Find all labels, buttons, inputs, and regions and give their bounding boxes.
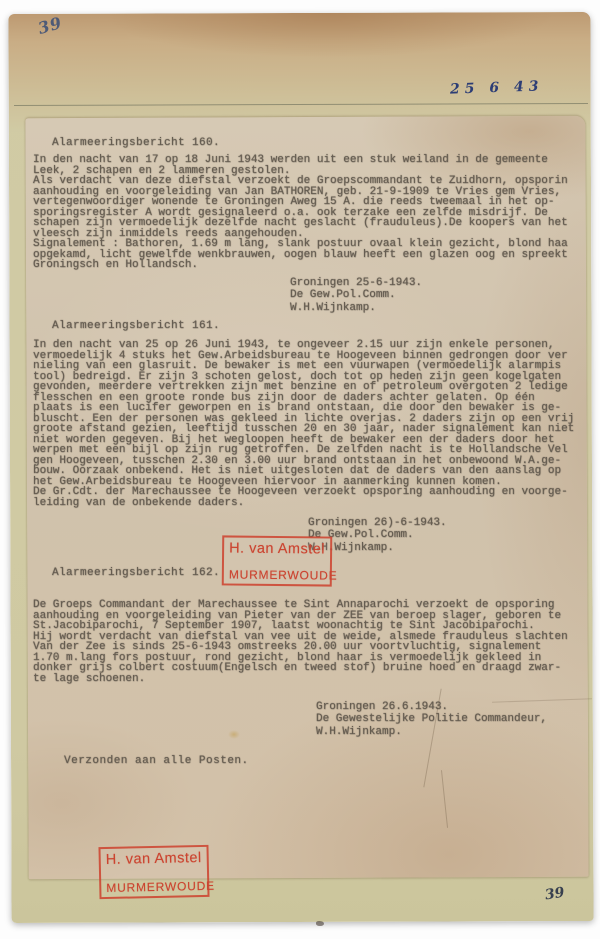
stamp-place: MURMERWOUDE [224,567,330,584]
typed-line: De Groeps Commandant der Marechaussee te… [33,600,581,611]
typed-line: leiding van de onbekende daders. [33,498,581,509]
bericht-160-heading: Alarmeeringsbericht 160. [52,137,220,149]
typed-line: In den nacht van 17 op 18 Juni 1943 werd… [33,155,581,166]
typed-line: plaats is een lucifer geworpen en is bra… [33,403,581,414]
rubber-stamp-middle: H. van Amstel MURMERWOUDE [222,535,333,586]
bericht-161-heading: Alarmeeringsbericht 161. [52,320,220,332]
bericht-160-signature: Groningen 25-6-1943.De Gew.Pol.Comm.W.H.… [290,277,422,314]
bericht-162-signature: Groningen 26.6.1943.De Gewestelijke Poli… [316,701,547,738]
scanned-document: 39 25 6 43 Alarmeeringsbericht 160. In d… [0,0,600,939]
typed-line: donker grijs colbert costuum(Engelsch en… [33,663,581,674]
typed-line: Als verdacht van deze diefstal verzoekt … [33,176,581,187]
typed-line: gevonden, meerdere vertrekken zijn met b… [33,382,581,393]
typed-line: In den nacht van 25 op 26 Juni 1943, te … [33,340,581,351]
signature-line: Groningen 25-6-1943. [290,277,422,289]
typed-line: Groningsch en Hollandsch. [33,260,581,271]
handwritten-page-number-bottom: 39 [544,885,566,904]
bericht-162-heading: Alarmeeringsbericht 162. [52,567,220,579]
stamp-name: H. van Amstel [101,847,207,868]
typed-line: schapen zijn vermoedelijk dezelfde nacht… [33,218,581,229]
typed-line: te lage schoenen. [33,674,581,685]
typed-line: De Gr.Cdt. der Marechaussee te Hoogeveen… [33,487,581,498]
rubber-stamp-bottom: H. van Amstel MURMERWOUDE [98,845,209,899]
signature-line: W.H.Wijnkamp. [290,302,422,314]
typed-line: Van der Zee is sinds 25-6-1943 omstreeks… [33,642,581,653]
handwritten-date: 25 6 43 [450,78,544,97]
typed-line: werpen met een bijl op zijn rug getroffe… [33,445,581,456]
stamp-place: MURMERWOUDE [101,879,207,897]
paper-stain [228,730,240,739]
typed-line: St.Jacobiparochi, 7 September 1907, laat… [33,621,581,632]
bericht-161-body: In den nacht van 25 op 26 Juni 1943, te … [33,340,581,508]
typed-line: nieling van een glasruit. De bewaker is … [33,361,581,372]
typed-line: bouw. Oorzaak onbekend. Het is niet uitg… [33,466,581,477]
typed-line: groote afstand gezien, leeftijd tusschen… [33,424,581,435]
stamp-name: H. van Amstel [224,537,330,557]
signature-line: Groningen 26.6.1943. [316,701,547,713]
signature-line: De Gewestelijke Politie Commandeur, [316,713,547,725]
signature-line: De Gew.Pol.Comm. [290,289,422,301]
typed-line: vertegenwoordiger wonende te Groningen A… [33,197,581,208]
bericht-160-body: In den nacht van 17 op 18 Juni 1943 werd… [33,155,581,271]
signature-line: Groningen 26)-6-1943. [308,517,447,529]
typed-line: Signalement : Bathoren, 1.69 m lang, sla… [33,239,581,250]
bericht-162-body: De Groeps Commandant der Marechaussee te… [33,600,581,684]
paper-stain [316,921,324,926]
distribution-note: Verzonden aan alle Posten. [64,755,249,767]
